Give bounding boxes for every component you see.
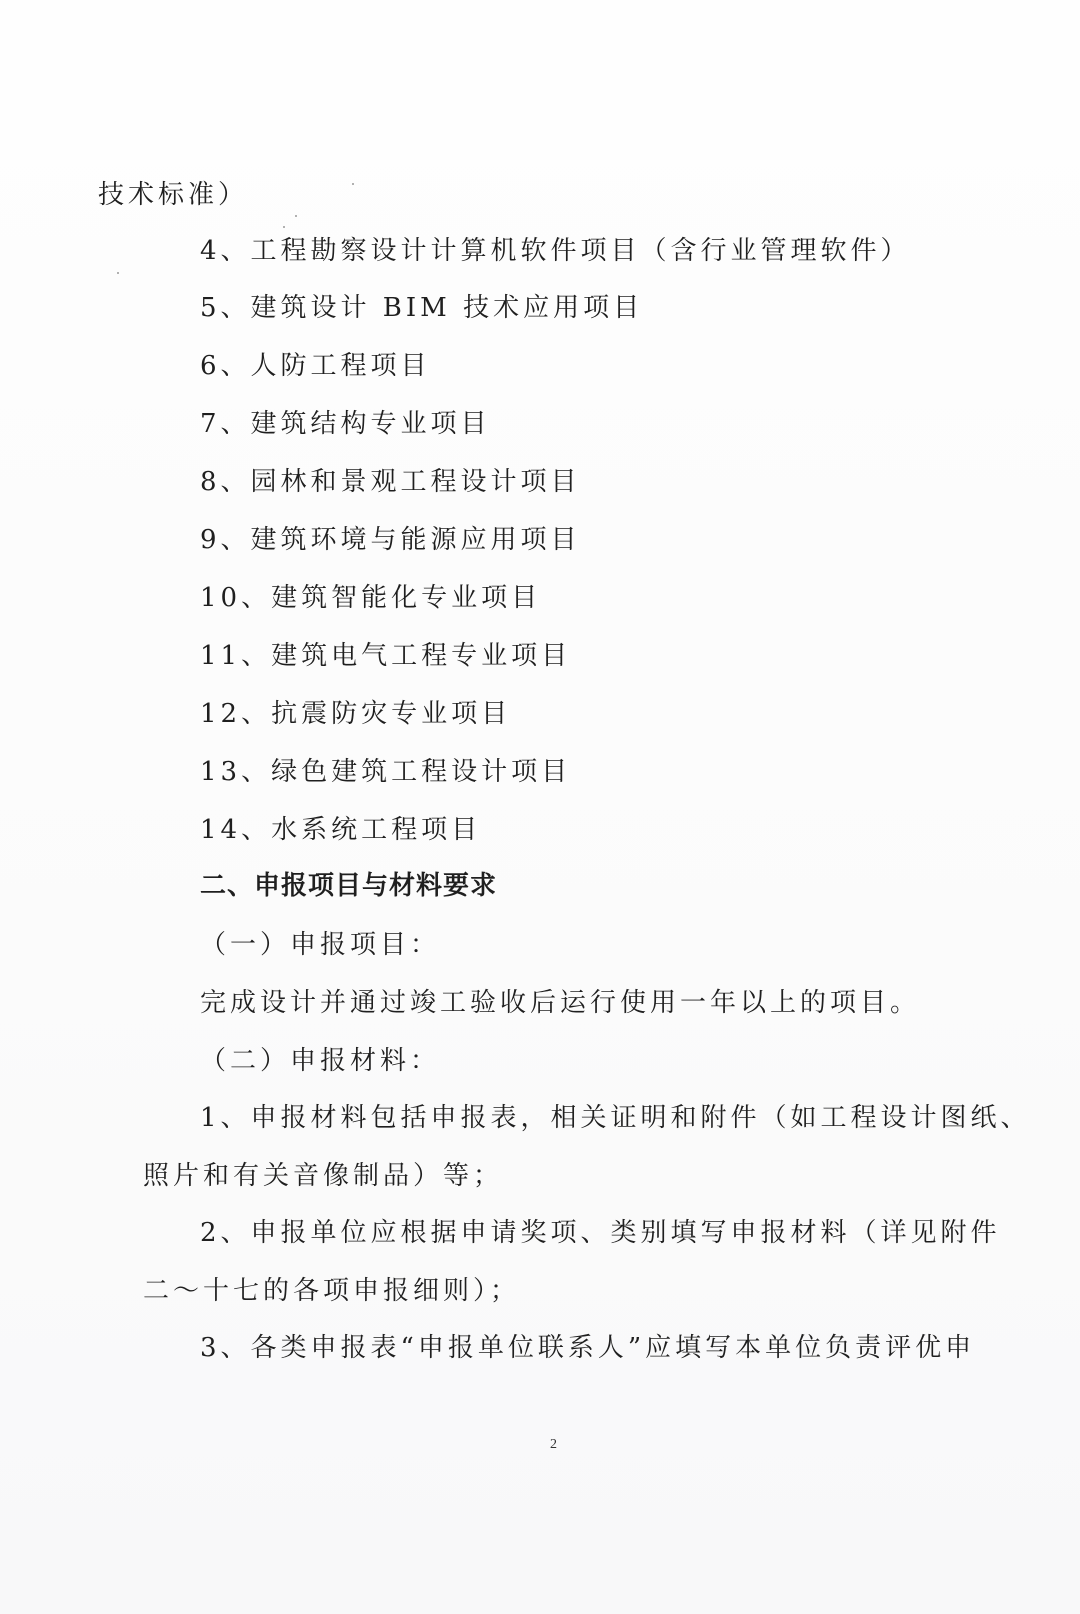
scan-speck <box>352 183 354 185</box>
list-item: 4、工程勘察设计计算机软件项目（含行业管理软件） <box>200 234 911 268</box>
section-heading: 二、申报项目与材料要求 <box>200 869 497 903</box>
paragraph: 1、申报材料包括申报表，相关证明和附件（如工程设计图纸、 <box>200 1101 1031 1135</box>
paragraph: 完成设计并通过竣工验收后运行使用一年以上的项目。 <box>200 986 920 1020</box>
subsection-title: （一）申报项目： <box>200 928 440 962</box>
scan-speck <box>283 226 285 228</box>
paragraph: 3、各类申报表“申报单位联系人”应填写本单位负责评优申 <box>200 1331 975 1365</box>
paragraph: 照片和有关音像制品）等； <box>143 1159 503 1193</box>
list-item: 12、抗震防灾专业项目 <box>200 697 511 731</box>
list-item: 8、园林和景观工程设计项目 <box>200 465 581 499</box>
list-item: 7、建筑结构专业项目 <box>200 407 491 441</box>
paragraph: 二～十七的各项申报细则）； <box>143 1274 520 1308</box>
list-item: 5、建筑设计 BIM 技术应用项目 <box>200 291 643 325</box>
paragraph: 2、申报单位应根据申请奖项、类别填写申报材料（详见附件 <box>200 1216 1001 1250</box>
subsection-title: （二）申报材料： <box>200 1044 440 1078</box>
continuation-text: 技术标准） <box>98 178 248 212</box>
scan-speck <box>295 215 297 217</box>
list-item: 9、建筑环境与能源应用项目 <box>200 523 581 557</box>
scan-speck <box>117 272 119 274</box>
list-item: 14、水系统工程项目 <box>200 813 481 847</box>
document-page: 技术标准） 4、工程勘察设计计算机软件项目（含行业管理软件） 5、建筑设计 BI… <box>0 0 1080 1614</box>
list-item: 13、绿色建筑工程设计项目 <box>200 755 571 789</box>
list-item: 11、建筑电气工程专业项目 <box>200 639 571 673</box>
page-number: 2 <box>550 1436 557 1454</box>
list-item: 6、人防工程项目 <box>200 349 431 383</box>
list-item: 10、建筑智能化专业项目 <box>200 581 541 615</box>
